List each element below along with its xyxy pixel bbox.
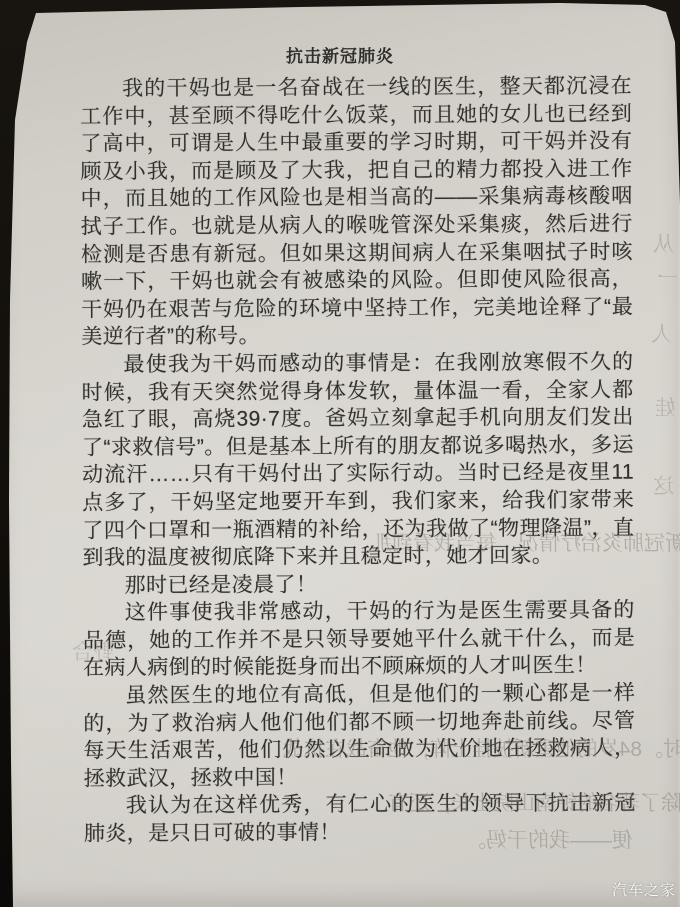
essay-paragraph: 虽然医生的地位有高低，但是他们的一颗心都是一样的，为了救治病人他们他们都不顾一切… [83, 680, 636, 793]
bleed-margin-char: 人 [646, 318, 672, 348]
essay-title: 抗击新冠肺炎 [0, 42, 680, 67]
bleed-margin-char: 娃 [650, 392, 676, 422]
essay-paragraph: 那时已经是凌晨了！ [83, 569, 635, 599]
essay-paragraph: 我认为在这样优秀，有仁心的医生的领导下抗击新冠肺炎，是只日可破的事情！ [84, 790, 636, 848]
essay-body: 我的干妈也是一名奋战在一线的医生，整天都沉浸在工作中，甚至顾不得吃什么饭菜，而且… [80, 73, 636, 849]
bleed-margin-char: 这 [648, 470, 674, 500]
paper-sheet: 抗击新冠肺炎 我的干妈也是一名奋战在一线的医生，整天都沉浸在工作中，甚至顾不得吃… [0, 0, 680, 907]
essay-paragraph: 我的干妈也是一名奋战在一线的医生，整天都沉浸在工作中，甚至顾不得吃什么饭菜，而且… [80, 73, 633, 352]
watermark-label: 汽车之家 [612, 879, 676, 900]
bleed-margin-char: 一 [652, 262, 678, 292]
essay-paragraph: 这件事使我非常感动，干妈的行为是医生需要具备的品德，她的工作并不是只领导要她平什… [83, 597, 635, 683]
photo-background: 抗击新冠肺炎 我的干妈也是一名奋战在一线的医生，整天都沉浸在工作中，甚至顾不得吃… [0, 0, 680, 907]
essay-paragraph: 最使我为干妈而感动的事情是：在我刚放寒假不久的时候，我有天突然觉得身体发软，量体… [81, 348, 634, 572]
bleed-margin-char: 从 [648, 228, 674, 258]
